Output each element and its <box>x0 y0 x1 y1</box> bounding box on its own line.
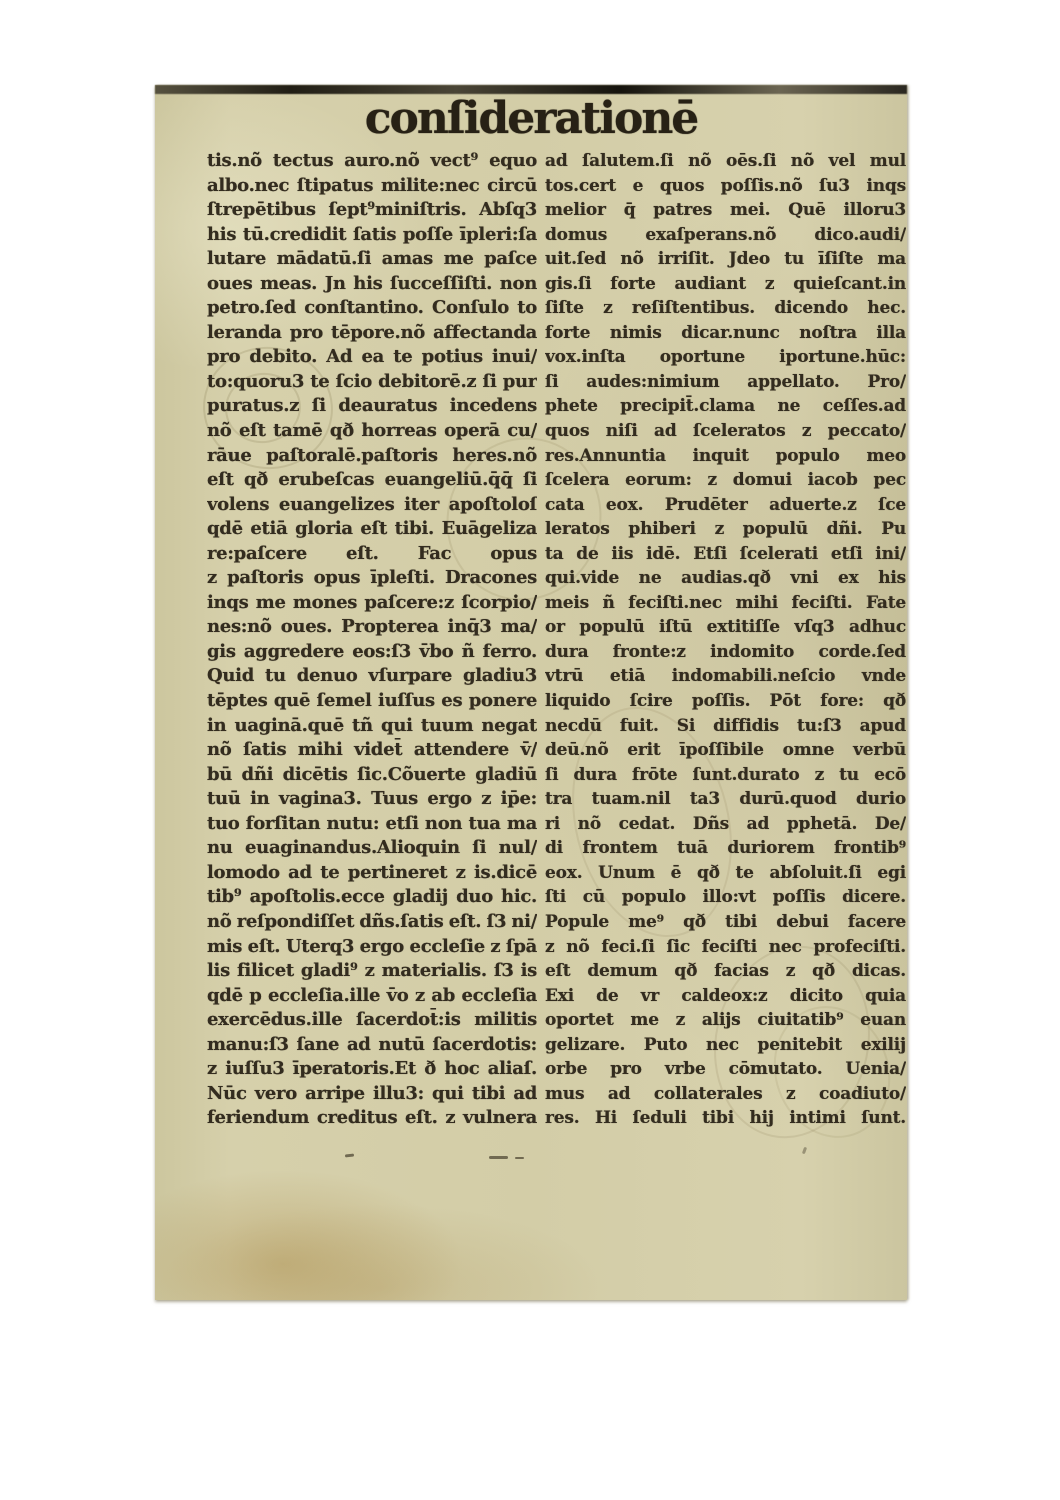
pen-mark <box>489 1156 508 1159</box>
text-line: albo.nec ſtipatus milite:nec circū <box>207 174 537 199</box>
text-line: deū.nõ erit īpoſſibile omne verbū <box>545 738 906 763</box>
text-line: pro debito. Ad ea te potius inui/ <box>207 345 537 370</box>
text-line: tēptes quē ſemel iuſſus es ponere <box>207 689 537 714</box>
pen-mark <box>802 1147 807 1155</box>
text-line: ſti cū populo illo:vt poſſis dicere. <box>545 885 906 910</box>
text-line: eſt demum qð facias z qð dicas. <box>545 959 906 984</box>
text-line: petro.ſed conſtantino. Conſulo to <box>207 296 537 321</box>
text-line: ad ſalutem.ſi nõ oēs.ſi nõ vel mul <box>545 149 906 174</box>
text-line: domus exaſperans.nõ dico.audi/ <box>545 223 906 248</box>
text-line: nes:nõ oues. Propterea inq̄3 ma/ <box>207 615 537 640</box>
text-line: necdū fuit. Si diffidis tu:ſ3 apud <box>545 714 906 739</box>
text-line: Quid tu denuo vſurpare gladiu3 <box>207 664 537 689</box>
text-line: z iuſſu3 īperatoris.Et ð hoc aliaſ. <box>207 1057 537 1082</box>
text-line: ſi audes:nimium appellato. Pro/ <box>545 370 906 395</box>
text-line: tib⁹ apoſtolis.ecce gladij duo hic. <box>207 885 537 910</box>
text-line: bū dñi dicētis ſic.Cõuerte gladiū <box>207 763 537 788</box>
text-line: nõ ſatis mihi videt̄ attendere v̄/ <box>207 738 537 763</box>
text-line: forte nimis dicar.nunc noſtra illa <box>545 321 906 346</box>
text-line: nõ reſpondiſſet dñs.ſatis eſt. ſ3 ni/ <box>207 910 537 935</box>
text-line: tis.nõ tectus auro.nõ vect⁹ equo <box>207 149 537 174</box>
text-line: res. Hi ſeduli tibi hij intimi ſunt. <box>545 1106 906 1131</box>
text-line: dura fronte:z indomito corde.ſed <box>545 640 906 665</box>
text-line: lomodo ad te pertineret z is.dicē <box>207 861 537 886</box>
text-line: mus ad collaterales z coadiuto/ <box>545 1082 906 1107</box>
text-line: eſt qð erubeſcas euangeliū.q̄q̄ ſi <box>207 468 537 493</box>
running-title: conſiderationē <box>155 93 907 144</box>
text-line: gis.ſi forte audiant z quieſcant.in <box>545 272 906 297</box>
pen-mark <box>345 1154 354 1158</box>
text-line: Exi de vr caldeox:z dicito quia <box>545 984 906 1009</box>
text-line: mis eſt. Uterq3 ergo eccleſie z ſpā <box>207 935 537 960</box>
text-line: leranda pro tēpore.nõ affectanda <box>207 321 537 346</box>
text-line: meis ñ feciſti.nec mihi feciſti. Fate <box>545 591 906 616</box>
text-line: Popule me⁹ qð tibi debui facere <box>545 910 906 935</box>
text-line: phete precipit̄.clama ne ceſſes.ad <box>545 394 906 419</box>
text-line: leratos phiberi z populū dñi. Pu <box>545 517 906 542</box>
text-line: tra tuam.nil ta3 durū.quod durio <box>545 787 906 812</box>
text-line: z nõ feci.ſi ſic feciſti nec profeciſti. <box>545 935 906 960</box>
text-line: in uaginā.quē tñ qui tuum negat <box>207 714 537 739</box>
text-line: gis aggredere eos:ſ3 v̄bo ñ ferro. <box>207 640 537 665</box>
text-line: qdē p eccleſia.ille v̄o z ab eccleſia <box>207 984 537 1009</box>
text-line: melior q̄ patres mei. Quē illoru3 <box>545 198 906 223</box>
text-line: orbe pro vrbe cōmutato. Uenia/ <box>545 1057 906 1082</box>
text-line: tuū in vagina3. Tuus ergo z ip̄e: <box>207 787 537 812</box>
text-line: or populū iſtū extitiſſe vſq3 adhuc <box>545 615 906 640</box>
text-line: re:paſcere eſt. Fac opus euāgeliſte <box>207 542 537 567</box>
text-line: uit.ſed nõ irriſit. Jdeo tu īſiſte ma <box>545 247 906 272</box>
pen-mark <box>515 1157 524 1159</box>
text-line: qui.vide ne audias.qð vni ex his <box>545 566 906 591</box>
text-line: res.Annuntia inquit populo meo <box>545 444 906 469</box>
text-line: volens euangelizes iter apoſtoloſ <box>207 493 537 518</box>
text-line: z paſtoris opus īpleſti. Dracones <box>207 566 537 591</box>
text-line: exercēdus.ille ſacerdot̄:is militis <box>207 1008 537 1033</box>
text-line: ſcelera eorum: z domui iacob pec <box>545 468 906 493</box>
text-line: inqs me mones paſcere:z ſcorpio/ <box>207 591 537 616</box>
text-line: to:quoru3 te ſcio debitorē.z ſi pur <box>207 370 537 395</box>
text-line: Nūc vero arripe illu3: qui tibi ad <box>207 1082 537 1107</box>
book-page-scan: conſiderationē tis.nõ tectus auro.nõ vec… <box>155 85 907 1300</box>
text-line: quos niſi ad ſceleratos z peccato/ <box>545 419 906 444</box>
text-line: lis filicet gladi⁹ z materialis. ſ3 is <box>207 959 537 984</box>
text-line: manu:ſ3 ſane ad nutū ſacerdotis: <box>207 1033 537 1058</box>
text-line: tos.cert e quos poſſis.nõ ſu3 inqs <box>545 174 906 199</box>
text-column-left: tis.nõ tectus auro.nõ vect⁹ equoalbo.nec… <box>207 149 537 1131</box>
text-line: ſtrepētibus ſept⁹miniſtris. Abſq3 <box>207 198 537 223</box>
text-line: gelizare. Puto nec penitebit exilij <box>545 1033 906 1058</box>
text-line: lutare mādatū.ſi amas me paſce <box>207 247 537 272</box>
text-line: vtrū etiā indomabili.neſcio vnde <box>545 664 906 689</box>
text-line: oues meas. Jn his ſucceſſiſti. non <box>207 272 537 297</box>
text-line: tuo forſitan nutu: etſi non tua ma <box>207 812 537 837</box>
text-line: nõ eſt tamē qð horreas operā cu/ <box>207 419 537 444</box>
text-line: vox.inſta oportune iportune.hūc: <box>545 345 906 370</box>
text-line: rāue paſtoralē.paſtoris heres.nõ <box>207 444 537 469</box>
text-line: qdē etiā gloria eſt tibi. Euāgeliza <box>207 517 537 542</box>
text-line: puratus.z ſi deauratus incedens <box>207 394 537 419</box>
text-line: cata eox. Prudēter aduerte.z ſce <box>545 493 906 518</box>
text-line: eox. Unum ē qð te abſoluit.ſi egi <box>545 861 906 886</box>
text-line: ſiſte z reſiſtentibus. dicendo hec. <box>545 296 906 321</box>
text-line: ſi dura frōte ſunt.durato z tu ecō <box>545 763 906 788</box>
text-line: oportet me z alijs ciuitatib⁹ euan <box>545 1008 906 1033</box>
text-line: liquido ſcire poſſis. Pōt fore: qð <box>545 689 906 714</box>
text-line: di frontem tuā duriorem frontib⁹ <box>545 836 906 861</box>
text-column-right: ad ſalutem.ſi nõ oēs.ſi nõ vel multos.ce… <box>545 149 906 1131</box>
text-line: ri nõ cedat. Dñs ad pphetā. De/ <box>545 812 906 837</box>
screenshot-canvas: conſiderationē tis.nõ tectus auro.nõ vec… <box>0 0 1060 1500</box>
text-line: nu euaginandus.Alioquin ſi nul/ <box>207 836 537 861</box>
text-line: ta de iis idē. Etſi ſcelerati etſi ini/ <box>545 542 906 567</box>
text-line: his tū.credidit ſatis poſſe īpleri:ſa <box>207 223 537 248</box>
text-line: feriendum creditus eſt. z vulnera <box>207 1106 537 1131</box>
